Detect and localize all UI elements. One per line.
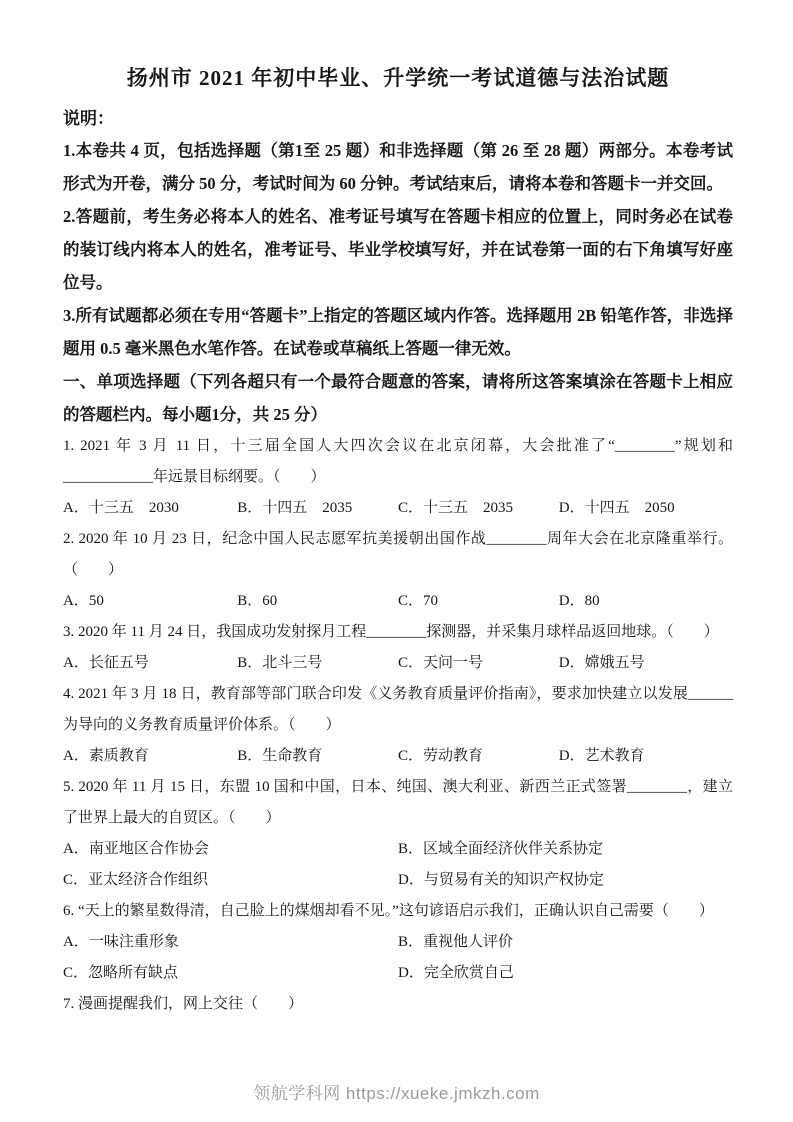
question-1-option-a: A．十三五 2030 — [63, 493, 237, 524]
question-6: 6. “天上的繁星数得清，自己脸上的煤烟却看不见。”这句谚语启示我们，正确认识自… — [63, 896, 733, 989]
question-3-text: 3. 2020 年 11 月 24 日，我国成功发射探月工程________探测… — [63, 617, 733, 648]
question-3-options: A．长征五号 B．北斗三号 C．天问一号 D．嫦娥五号 — [63, 648, 733, 679]
question-3-option-b: B．北斗三号 — [237, 648, 398, 679]
question-5-text: 5. 2020 年 11 月 15 日，东盟 10 国和中国，日本、纯国、澳大利… — [63, 772, 733, 834]
note-1: 1.本卷共 4 页，包括选择题（第1至 25 题）和非选择题（第 26 至 28… — [63, 134, 733, 200]
question-2-option-d: D．80 — [559, 586, 733, 617]
question-6-option-b: B．重视他人评价 — [398, 927, 733, 958]
question-1-options: A．十三五 2030 B．十四五 2035 C．十三五 2035 D．十四五 2… — [63, 493, 733, 524]
question-1-option-b: B．十四五 2035 — [237, 493, 398, 524]
exam-paper-page: 扬州市 2021 年初中毕业、升学统一考试道德与法治试题 说明： 1.本卷共 4… — [0, 0, 793, 1122]
question-3-option-c: C．天问一号 — [398, 648, 559, 679]
question-6-options: A．一味注重形象 B．重视他人评价 C．忽略所有缺点 D．完全欣赏自己 — [63, 927, 733, 989]
note-2: 2.答题前，考生务必将本人的姓名、准考证号填写在答题卡相应的位置上，同时务必在试… — [63, 200, 733, 299]
notes-label: 说明： — [63, 104, 733, 134]
watermark: 领航学科网 https://xueke.jmkzh.com — [0, 1079, 793, 1104]
question-1-option-c: C．十三五 2035 — [398, 493, 559, 524]
question-6-text: 6. “天上的繁星数得清，自己脸上的煤烟却看不见。”这句谚语启示我们，正确认识自… — [63, 896, 733, 927]
question-4-option-d: D．艺术教育 — [559, 741, 733, 772]
question-3-option-a: A．长征五号 — [63, 648, 237, 679]
question-2-option-a: A．50 — [63, 586, 237, 617]
watermark-text: 领航学科网 https://xueke.jmkzh.com — [253, 1084, 540, 1103]
question-2-options: A．50 B．60 C．70 D．80 — [63, 586, 733, 617]
question-1: 1. 2021 年 3 月 11 日，十三届全国人大四次会议在北京闭幕，大会批准… — [63, 431, 733, 524]
question-5-option-b: B．区域全面经济伙伴关系协定 — [398, 834, 733, 865]
question-3-option-d: D．嫦娥五号 — [559, 648, 733, 679]
question-4-option-b: B．生命教育 — [237, 741, 398, 772]
question-2: 2. 2020 年 10 月 23 日，纪念中国人民志愿军抗美援朝出国作战___… — [63, 524, 733, 617]
section-heading: 一、单项选择题（下列各超只有一个最符合题意的答案，请将所这答案填涂在答题卡上相应… — [63, 365, 733, 431]
question-6-option-a: A．一味注重形象 — [63, 927, 398, 958]
question-4-text: 4. 2021 年 3 月 18 日，教育部等部门联合印发《义务教育质量评价指南… — [63, 679, 733, 741]
question-5-option-a: A．南亚地区合作协会 — [63, 834, 398, 865]
question-7-text: 7. 漫画提醒我们，网上交往（ ） — [63, 989, 733, 1020]
question-4-option-c: C．劳动教育 — [398, 741, 559, 772]
question-2-option-c: C．70 — [398, 586, 559, 617]
question-5: 5. 2020 年 11 月 15 日，东盟 10 国和中国，日本、纯国、澳大利… — [63, 772, 733, 896]
question-5-option-d: D．与贸易有关的知识产权协定 — [398, 865, 733, 896]
question-5-option-c: C．亚太经济合作组织 — [63, 865, 398, 896]
question-4: 4. 2021 年 3 月 18 日，教育部等部门联合印发《义务教育质量评价指南… — [63, 679, 733, 772]
question-6-option-d: D．完全欣赏自己 — [398, 958, 733, 989]
question-6-option-c: C．忽略所有缺点 — [63, 958, 398, 989]
question-3: 3. 2020 年 11 月 24 日，我国成功发射探月工程________探测… — [63, 617, 733, 679]
question-4-option-a: A．素质教育 — [63, 741, 237, 772]
question-1-option-d: D．十四五 2050 — [559, 493, 733, 524]
question-2-text: 2. 2020 年 10 月 23 日，纪念中国人民志愿军抗美援朝出国作战___… — [63, 524, 733, 586]
question-4-options: A．素质教育 B．生命教育 C．劳动教育 D．艺术教育 — [63, 741, 733, 772]
question-5-options: A．南亚地区合作协会 B．区域全面经济伙伴关系协定 C．亚太经济合作组织 D．与… — [63, 834, 733, 896]
question-1-text: 1. 2021 年 3 月 11 日，十三届全国人大四次会议在北京闭幕，大会批准… — [63, 431, 733, 493]
question-2-option-b: B．60 — [237, 586, 398, 617]
question-7: 7. 漫画提醒我们，网上交往（ ） — [63, 989, 733, 1020]
note-3: 3.所有试题都必须在专用“答题卡”上指定的答题区域内作答。选择题用 2B 铅笔作… — [63, 299, 733, 365]
page-title: 扬州市 2021 年初中毕业、升学统一考试道德与法治试题 — [63, 62, 733, 94]
